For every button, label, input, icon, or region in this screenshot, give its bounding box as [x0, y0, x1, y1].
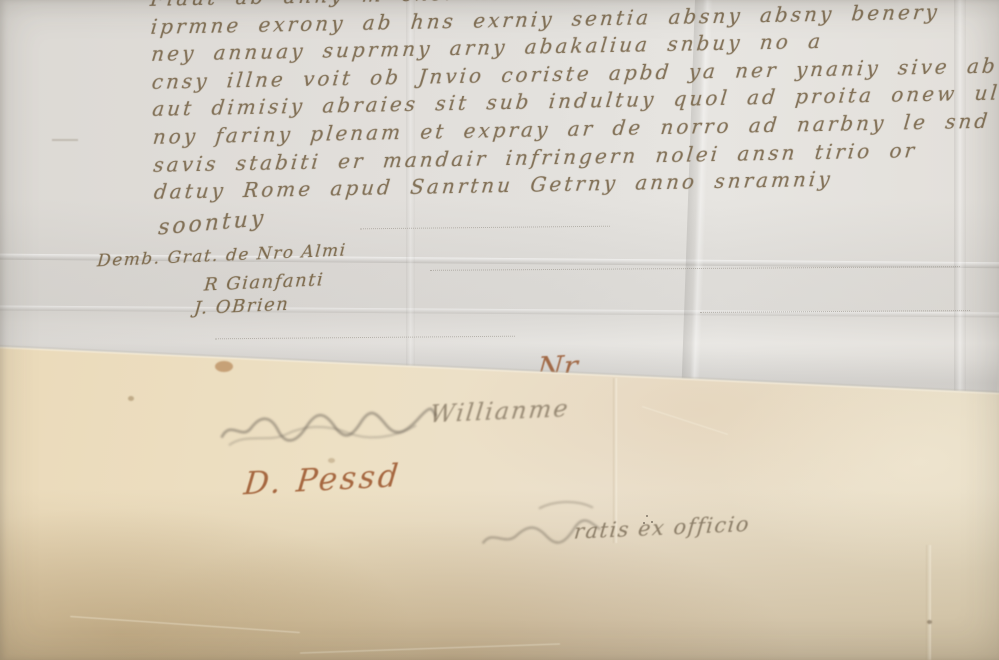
signature-line: J. OBrien: [193, 294, 290, 319]
faint-ruled-line: [700, 310, 970, 313]
parchment-crease: [926, 545, 931, 660]
stray-ink-dash: [52, 139, 78, 141]
faint-ruled-line: [360, 226, 610, 230]
ink-speck: [651, 521, 653, 523]
ink-speck: [643, 522, 645, 524]
parchment-scratch: [70, 616, 300, 633]
ink-stain: [328, 458, 335, 463]
red-ink-signature: D. Pessd: [242, 458, 403, 502]
faint-inscription: Willianme: [428, 394, 571, 428]
manuscript-photo: Flaut ab anny m exer ne abs m iprmne exr…: [0, 0, 999, 660]
signature-line: R Gianfanti: [203, 269, 325, 295]
manuscript-text-block: Flaut ab anny m exer ne abs m iprmne exr…: [150, 0, 999, 207]
ink-smudge-scribble: [215, 394, 442, 456]
ink-stain: [215, 361, 233, 372]
ink-speck: [646, 515, 648, 517]
ink-stain: [927, 620, 932, 624]
signature-line: Demb. Grat. de Nro Almi: [96, 241, 347, 272]
closing-word: soontuy: [158, 206, 267, 241]
faint-ruled-line: [430, 266, 960, 271]
ink-stain: [128, 396, 134, 401]
parchment-scratch: [300, 643, 560, 653]
parchment-scratch: [642, 406, 728, 435]
